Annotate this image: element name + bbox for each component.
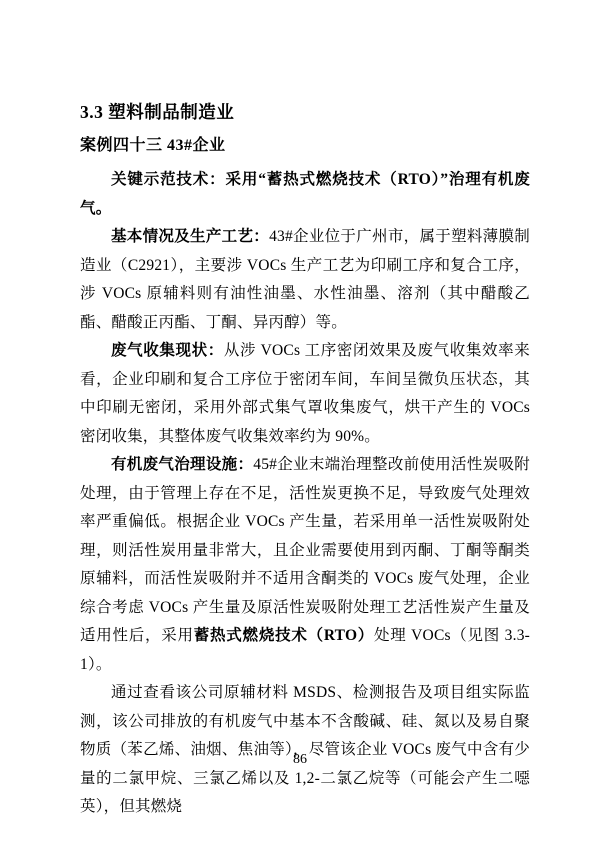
paragraph: 基本情况及生产工艺：43#企业位于广州市，属于塑料薄膜制造业（C2921），主要… bbox=[80, 223, 530, 337]
document-page: 3.3 塑料制品制造业 案例四十三 43#企业 关键示范技术：采用“蓄热式燃烧技… bbox=[0, 0, 600, 848]
paragraph: 关键示范技术：采用“蓄热式燃烧技术（RTO）”治理有机废气。 bbox=[80, 166, 530, 223]
bold-text-segment: 蓄热式燃烧技术（RTO） bbox=[194, 627, 374, 644]
paragraph: 废气收集现状：从涉 VOCs 工序密闭效果及废气收集效率来看，企业印刷和复合工序… bbox=[80, 337, 530, 451]
section-heading: 3.3 塑料制品制造业 bbox=[80, 100, 530, 124]
bold-text-segment: 废气收集现状： bbox=[111, 342, 224, 359]
text-segment: 45#企业末端治理整改前使用活性炭吸附处理，由于管理上存在不足，活性炭更换不足，… bbox=[80, 456, 530, 644]
bold-text-segment: 有机废气治理设施： bbox=[111, 456, 253, 473]
paragraph: 有机废气治理设施：45#企业末端治理整改前使用活性炭吸附处理，由于管理上存在不足… bbox=[80, 451, 530, 679]
bold-text-segment: 基本情况及生产工艺： bbox=[111, 228, 269, 245]
page-number: 86 bbox=[0, 751, 600, 769]
case-title: 案例四十三 43#企业 bbox=[80, 135, 530, 157]
body-text: 关键示范技术：采用“蓄热式燃烧技术（RTO）”治理有机废气。基本情况及生产工艺：… bbox=[80, 166, 530, 822]
bold-text-segment: 关键示范技术：采用“蓄热式燃烧技术（RTO）”治理有机废气。 bbox=[80, 171, 530, 217]
text-segment: 通过查看该公司原辅材料 MSDS、检测报告及项目组实际监测，该公司排放的有机废气… bbox=[80, 684, 530, 815]
